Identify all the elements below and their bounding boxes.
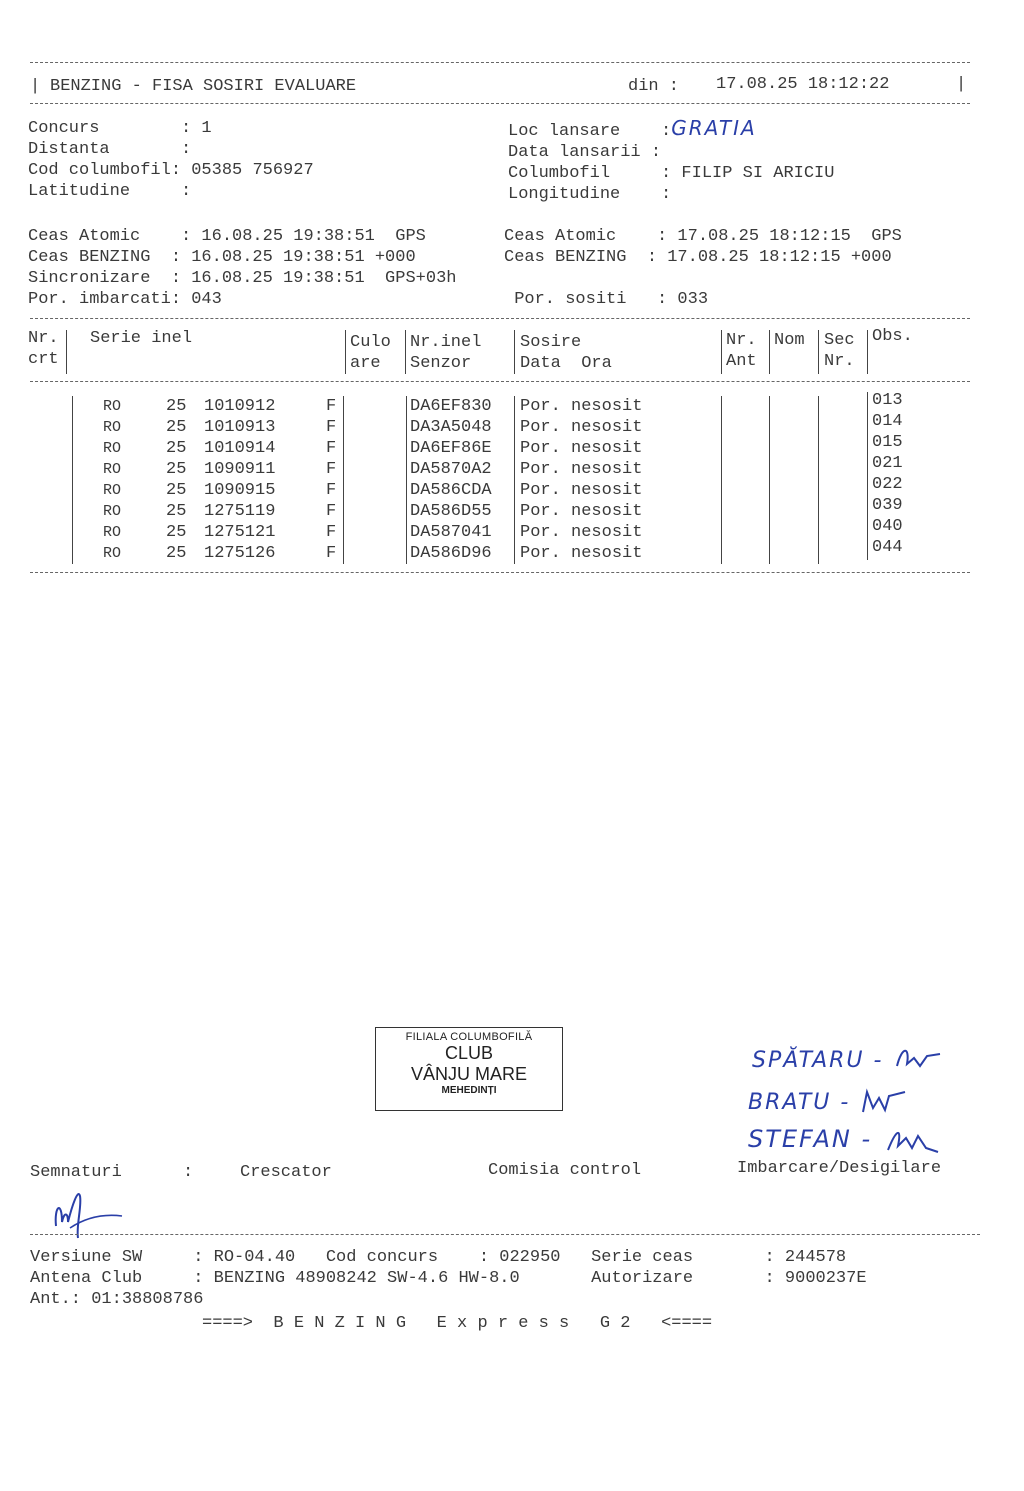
sensor-id: DA586D55	[410, 501, 492, 522]
ring-country: RO	[103, 438, 121, 459]
clock-benzing-start: Ceas BENZING : 16.08.25 19:38:51 +000	[28, 247, 456, 268]
col-serie-inel: Serie inel	[90, 328, 192, 349]
col-culoare: Culoare	[350, 332, 391, 374]
info-row-longitudine: Longitudine :	[508, 184, 834, 205]
din-timestamp: 17.08.25 18:12:22	[716, 74, 889, 95]
ring-country: RO	[103, 459, 121, 480]
clock-benzing-end: Ceas BENZING : 17.08.25 18:12:15 +000	[504, 247, 902, 268]
clock-empty	[504, 268, 902, 289]
sensor-id: DA6EF86E	[410, 438, 492, 459]
ring-number: 1010912	[204, 396, 275, 417]
footer-antenna-line: Antena Club : BENZING 48908242 SW-4.6 HW…	[30, 1268, 867, 1289]
col-divider	[818, 330, 819, 374]
table-row: RO251010913FDA3A5048Por. nesosit014	[0, 415, 1024, 436]
col-divider	[769, 330, 770, 374]
table-bottom-rule	[30, 572, 970, 573]
ring-number: 1010914	[204, 438, 275, 459]
col-nr-crt: Nr.crt	[28, 328, 59, 370]
col-obs: Obs.	[872, 326, 913, 347]
handwritten-release-place: GRATIA	[671, 116, 756, 140]
ring-number: 1275126	[204, 543, 275, 564]
clock-atomic-start: Ceas Atomic : 16.08.25 19:38:51 GPS	[28, 226, 456, 247]
table-row: RO251090915FDA586CDAPor. nesosit022	[0, 478, 1024, 499]
obs-value: 022	[872, 474, 903, 495]
ring-country: RO	[103, 396, 121, 417]
ring-sex: F	[326, 501, 336, 522]
table-row: RO251275121FDA587041Por. nesosit040	[0, 520, 1024, 541]
info-right: Loc lansare :GRATIA Data lansarii : Colu…	[508, 118, 834, 205]
col-divider	[514, 330, 515, 374]
col-nom: Nom	[774, 330, 805, 351]
ring-year: 25	[166, 543, 186, 564]
ring-country: RO	[103, 480, 121, 501]
obs-value: 013	[872, 390, 903, 411]
table-row: RO251275126FDA586D96Por. nesosit044	[0, 541, 1024, 562]
ring-sex: F	[326, 459, 336, 480]
col-divider	[721, 330, 722, 374]
signature-crescator: Crescator	[240, 1162, 332, 1183]
arrival-status: Por. nesosit	[520, 522, 642, 543]
document-title: BENZING - FISA SOSIRI EVALUARE	[50, 76, 356, 97]
ring-sex: F	[326, 417, 336, 438]
ring-country: RO	[103, 417, 121, 438]
header-bottom-rule	[30, 103, 970, 104]
signatures-rule	[30, 1234, 980, 1235]
signature-mark-icon	[882, 1122, 942, 1158]
obs-value: 039	[872, 495, 903, 516]
arrival-status: Por. nesosit	[520, 438, 642, 459]
footer: Versiune SW : RO-04.40 Cod concurs : 022…	[30, 1247, 867, 1310]
ring-year: 25	[166, 438, 186, 459]
info-row-latitudine: Latitudine :	[28, 181, 314, 202]
col-divider	[66, 330, 67, 374]
col-sosire: SosireData Ora	[520, 332, 612, 374]
obs-value: 021	[872, 453, 903, 474]
col-divider	[405, 330, 406, 374]
ring-country: RO	[103, 501, 121, 522]
ring-number: 1090915	[204, 480, 275, 501]
din-label: din :	[628, 76, 679, 97]
ring-number: 1010913	[204, 417, 275, 438]
col-divider	[345, 330, 346, 374]
clocks-left: Ceas Atomic : 16.08.25 19:38:51 GPS Ceas…	[28, 226, 456, 310]
sensor-id: DA6EF830	[410, 396, 492, 417]
info-left: Concurs : 1 Distanta : Cod columbofil: 0…	[28, 118, 314, 202]
breeder-signature-icon	[48, 1186, 128, 1246]
ring-year: 25	[166, 417, 186, 438]
table-row: RO251275119FDA586D55Por. nesosit039	[0, 499, 1024, 520]
info-row-concurs: Concurs : 1	[28, 118, 314, 139]
birds-arrived: Por. sositi : 033	[504, 289, 902, 310]
ring-sex: F	[326, 522, 336, 543]
table-top-rule	[30, 318, 970, 319]
info-row-columbofil: Columbofil : FILIP SI ARICIU	[508, 163, 834, 184]
header-top-rule	[30, 62, 970, 63]
arrival-status: Por. nesosit	[520, 417, 642, 438]
ring-year: 25	[166, 501, 186, 522]
signatures-label: Semnaturi :	[30, 1162, 193, 1183]
arrival-status: Por. nesosit	[520, 543, 642, 564]
signature-comisia: Comisia control	[488, 1160, 641, 1181]
sensor-id: DA5870A2	[410, 459, 492, 480]
obs-value: 044	[872, 537, 903, 558]
col-nr-inel-senzor: Nr.inelSenzor	[410, 332, 481, 374]
header-left-bar: |	[30, 76, 40, 97]
obs-value: 040	[872, 516, 903, 537]
handwritten-name-bratu: BRATU -	[748, 1088, 909, 1118]
obs-value: 014	[872, 411, 903, 432]
col-sec-nr: SecNr.	[824, 330, 855, 372]
ring-sex: F	[326, 438, 336, 459]
ring-country: RO	[103, 522, 121, 543]
ring-number: 1275119	[204, 501, 275, 522]
ring-number: 1275121	[204, 522, 275, 543]
sensor-id: DA586D96	[410, 543, 492, 564]
table-row: RO251090911FDA5870A2Por. nesosit021	[0, 457, 1024, 478]
info-row-cod-columbofil: Cod columbofil: 05385 756927	[28, 160, 314, 181]
info-row-loc-lansare: Loc lansare :GRATIA	[508, 118, 834, 142]
footer-ant-line: Ant.: 01:38808786	[30, 1289, 867, 1310]
arrival-status: Por. nesosit	[520, 480, 642, 501]
signature-mark-icon	[859, 1088, 909, 1118]
table-header: Nr.crt Serie inel Culoare Nr.inelSenzor …	[0, 326, 1024, 376]
table-header-rule	[30, 381, 970, 382]
ring-country: RO	[103, 543, 121, 564]
sensor-id: DA587041	[410, 522, 492, 543]
ring-year: 25	[166, 522, 186, 543]
table-row: RO251010914FDA6EF86EPor. nesosit015	[0, 436, 1024, 457]
ring-number: 1090911	[204, 459, 275, 480]
obs-value: 015	[872, 432, 903, 453]
sensor-id: DA3A5048	[410, 417, 492, 438]
arrival-status: Por. nesosit	[520, 501, 642, 522]
col-divider	[867, 330, 868, 374]
club-stamp: FILIALA COLUMBOFILĂ CLUB VÂNJU MARE MEHE…	[375, 1027, 563, 1111]
sensor-id: DA586CDA	[410, 480, 492, 501]
clock-sync: Sincronizare : 16.08.25 19:38:51 GPS+03h	[28, 268, 456, 289]
ring-sex: F	[326, 543, 336, 564]
ring-year: 25	[166, 396, 186, 417]
footer-brand-banner: ====> B E N Z I N G E x p r e s s G 2 <=…	[202, 1313, 712, 1334]
clock-atomic-end: Ceas Atomic : 17.08.25 18:12:15 GPS	[504, 226, 902, 247]
header-right-bar: |	[956, 74, 966, 95]
ring-sex: F	[326, 480, 336, 501]
table-row: RO251010912FDA6EF830Por. nesosit013	[0, 394, 1024, 415]
info-row-distanta: Distanta :	[28, 139, 314, 160]
clocks-right: Ceas Atomic : 17.08.25 18:12:15 GPS Ceas…	[504, 226, 902, 310]
signature-imbarcare: Imbarcare/Desigilare	[737, 1158, 941, 1179]
col-nr-ant: Nr.Ant	[726, 330, 757, 372]
table-body: RO251010912FDA6EF830Por. nesosit013RO251…	[0, 394, 1024, 566]
footer-version-line: Versiune SW : RO-04.40 Cod concurs : 022…	[30, 1247, 867, 1268]
signature-mark-icon	[892, 1046, 942, 1076]
handwritten-name-stefan: STEFAN -	[748, 1122, 942, 1158]
info-row-data-lansarii: Data lansarii :	[508, 142, 834, 163]
arrival-status: Por. nesosit	[520, 396, 642, 417]
ring-year: 25	[166, 459, 186, 480]
birds-basketed: Por. imbarcati: 043	[28, 289, 456, 310]
ring-sex: F	[326, 396, 336, 417]
ring-year: 25	[166, 480, 186, 501]
handwritten-name-spataru: SPĂTARU -	[752, 1046, 942, 1076]
arrival-status: Por. nesosit	[520, 459, 642, 480]
